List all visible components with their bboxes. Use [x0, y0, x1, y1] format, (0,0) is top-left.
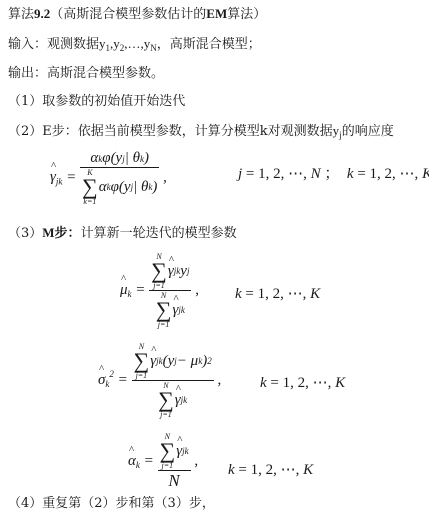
step-index: （3）: [8, 226, 42, 241]
step-3: （3）M步：计算新一轮迭代的模型参数: [8, 225, 237, 242]
step-2: （2）E步：依据当前模型参数，计算分模型k对观测数据yj的响应度: [8, 123, 394, 143]
sum-operator: K∑k=1: [82, 168, 98, 206]
sigma-range: k = 1, 2, ⋯, K: [260, 373, 345, 392]
step-index: （1）: [8, 94, 42, 109]
input-label: 输入：观测数据: [8, 37, 99, 52]
output-text: 输出：高斯混合模型参数。: [8, 66, 164, 81]
gamma-range: j = 1, 2, ⋯, N ； k = 1, 2, ⋯, K: [238, 162, 429, 183]
alpha-fraction: N∑j=1γjk N: [158, 432, 191, 491]
title-desc-end: 算法）: [227, 7, 266, 22]
step-index: （2）: [8, 124, 42, 139]
algorithm-number: 9.2: [34, 6, 50, 21]
algorithm-title: 算法9.2（高斯混合模型参数估计的EM算法）: [8, 6, 266, 23]
title-prefix: 算法: [8, 7, 34, 22]
step-text: 重复第（2）步和第（3）步，: [42, 496, 215, 511]
input-tail: ，高斯混合模型；: [157, 37, 261, 52]
title-em: EM: [206, 6, 227, 21]
output-line: 输出：高斯混合模型参数。: [8, 66, 164, 82]
step-1: （1）取参数的初始值开始迭代: [8, 94, 185, 110]
step-index: （4）: [8, 496, 42, 511]
mu-fraction: N∑j=1γjkyj N∑j=1γjk: [149, 252, 191, 329]
step-4: （4）重复第（2）步和第（3）步，: [8, 496, 215, 512]
ellipsis: ,…,: [124, 36, 144, 51]
gamma-hat: γ: [50, 169, 56, 186]
step-label: E步：: [42, 124, 78, 139]
title-desc: （高斯混合模型参数估计的: [50, 7, 206, 22]
alpha-range: k = 1, 2, ⋯, K: [228, 460, 313, 479]
step-text: 依据当前模型参数，计算分模型k对观测数据: [78, 124, 333, 139]
step-text: 计算新一轮迭代的模型参数: [81, 226, 237, 241]
formula-alpha: αk = N∑j=1γjk N ,: [128, 432, 198, 491]
sigma-fraction: N∑j=1γjk(yj − μk)2 N∑j=1γjk: [132, 342, 214, 419]
step-tail: 的响应度: [342, 124, 394, 139]
formula-sigma: σk2 = N∑j=1γjk(yj − μk)2 N∑j=1γjk ,: [98, 342, 221, 419]
step-label: M步：: [42, 225, 80, 240]
formula-gamma: γjk = αkφ(yj | θk) K∑k=1αkφ(yj | θk) ,: [50, 150, 167, 206]
input-line: 输入：观测数据y1,y2,…,yN，高斯混合模型；: [8, 36, 261, 56]
gamma-fraction: αkφ(yj | θk) K∑k=1αkφ(yj | θk): [80, 150, 159, 206]
mu-range: k = 1, 2, ⋯, K: [235, 284, 320, 303]
step-text: 取参数的初始值开始迭代: [42, 94, 185, 109]
formula-mu: μk = N∑j=1γjkyj N∑j=1γjk ,: [120, 252, 199, 329]
